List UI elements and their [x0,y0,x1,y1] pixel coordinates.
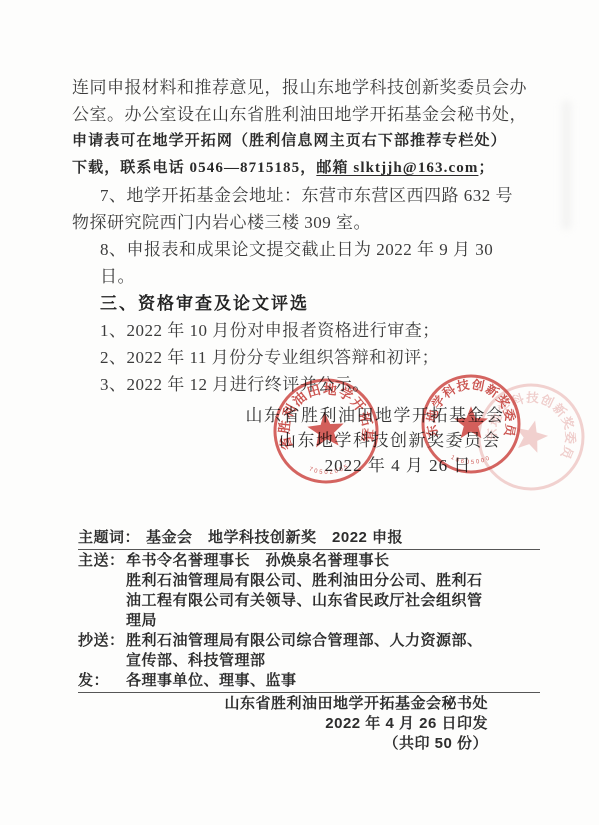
cc-line: 宣传部、科技管理部 [126,651,540,671]
review-step-1: 1、2022 年 10 月份对申报者资格进行审查； [72,317,532,344]
distribution-footer: 主题词： 基金会 地学科技创新奖 2022 申报 主送： 牟书令名誉理事长 孙焕… [78,528,540,754]
review-step-2: 2、2022 年 11 月份分专业组织答辩和初评； [72,344,532,371]
subject-keywords: 基金会 地学科技创新奖 2022 申报 [146,528,540,548]
divider-line [78,549,540,550]
contact-prefix: 下载，联系电话 0546—8715185， [72,160,316,176]
signature-date: 2022 年 4 月 26 日 [268,451,528,476]
issuer-block: 山东省胜利油田地学开拓基金会秘书处 2022 年 4 月 26 日印发 （共印 … [78,694,540,754]
contact-line: 下载，联系电话 0546—8715185，邮箱 slktjjh@163.com； [72,155,532,182]
main-send-label: 主送： [78,551,126,631]
cc-line: 胜利石油管理局有限公司综合管理部、人力资源部、 [126,631,540,651]
section-heading: 三、资格审查及论文评选 [72,290,532,317]
cc-row: 抄送： 胜利石油管理局有限公司综合管理部、人力资源部、 宣传部、科技管理部 [78,631,540,671]
body-item-7: 7、地学开拓基金会地址：东营市东营区西四路 632 号 [72,182,532,209]
subject-label: 主题词： [78,528,140,548]
main-send-line: 理局 [126,611,540,631]
body-item-7-cont: 物探研究院西门内岩心楼三楼 309 室。 [72,209,532,236]
review-step-3: 3、2022 年 12 月进行终评并公示。 [72,371,532,398]
issue-row: 发： 各理事单位、理事、监事 [78,671,540,691]
main-send-line: 牟书令名誉理事长 孙焕泉名誉理事长 [126,551,540,571]
signature-org-2: 山东地学科技创新奖委员会 [260,426,520,451]
signature-org-1: 山东省胜利油田地学开拓基金会 [245,401,505,426]
body-line-2: 公室。办公室设在山东省胜利油田地学开拓基金会秘书处， [72,101,532,128]
body-line-3: 申请表可在地学开拓网（胜利信息网主页右下部推荐专栏处） [72,128,532,155]
scanned-document-page: 连同申报材料和推荐意见，报山东地学科技创新奖委员会办 公室。办公室设在山东省胜利… [0,0,599,825]
document-body: 连同申报材料和推荐意见，报山东地学科技创新奖委员会办 公室。办公室设在山东省胜利… [72,74,532,398]
email-text: 邮箱 slktjjh@163.com [316,160,478,176]
main-send-line: 胜利石油管理局有限公司、胜利油田分公司、胜利石 [126,571,540,591]
contact-suffix: ； [478,160,494,176]
body-item-8: 8、申报表和成果论文提交截止日为 2022 年 9 月 30 日。 [72,236,532,290]
main-send-line: 油工程有限公司有关领导、山东省民政厅社会组织管 [126,591,540,611]
scan-smudge [562,100,571,230]
main-send-row: 主送： 牟书令名誉理事长 孙焕泉名誉理事长 胜利石油管理局有限公司、胜利油田分公… [78,551,540,631]
subject-row: 主题词： 基金会 地学科技创新奖 2022 申报 [78,528,540,548]
cc-label: 抄送： [78,631,126,671]
divider-line [78,692,540,693]
issue-label: 发： [78,671,126,691]
print-date: 2022 年 4 月 26 日印发 [78,714,488,734]
issuer-name: 山东省胜利油田地学开拓基金会秘书处 [78,694,488,714]
cc-recipients: 胜利石油管理局有限公司综合管理部、人力资源部、 宣传部、科技管理部 [126,631,540,671]
copies-count: （共印 50 份） [78,734,488,754]
body-line-1: 连同申报材料和推荐意见，报山东地学科技创新奖委员会办 [72,74,532,101]
issue-recipients: 各理事单位、理事、监事 [126,671,540,691]
main-send-recipients: 牟书令名誉理事长 孙焕泉名誉理事长 胜利石油管理局有限公司、胜利油田分公司、胜利… [126,551,540,631]
